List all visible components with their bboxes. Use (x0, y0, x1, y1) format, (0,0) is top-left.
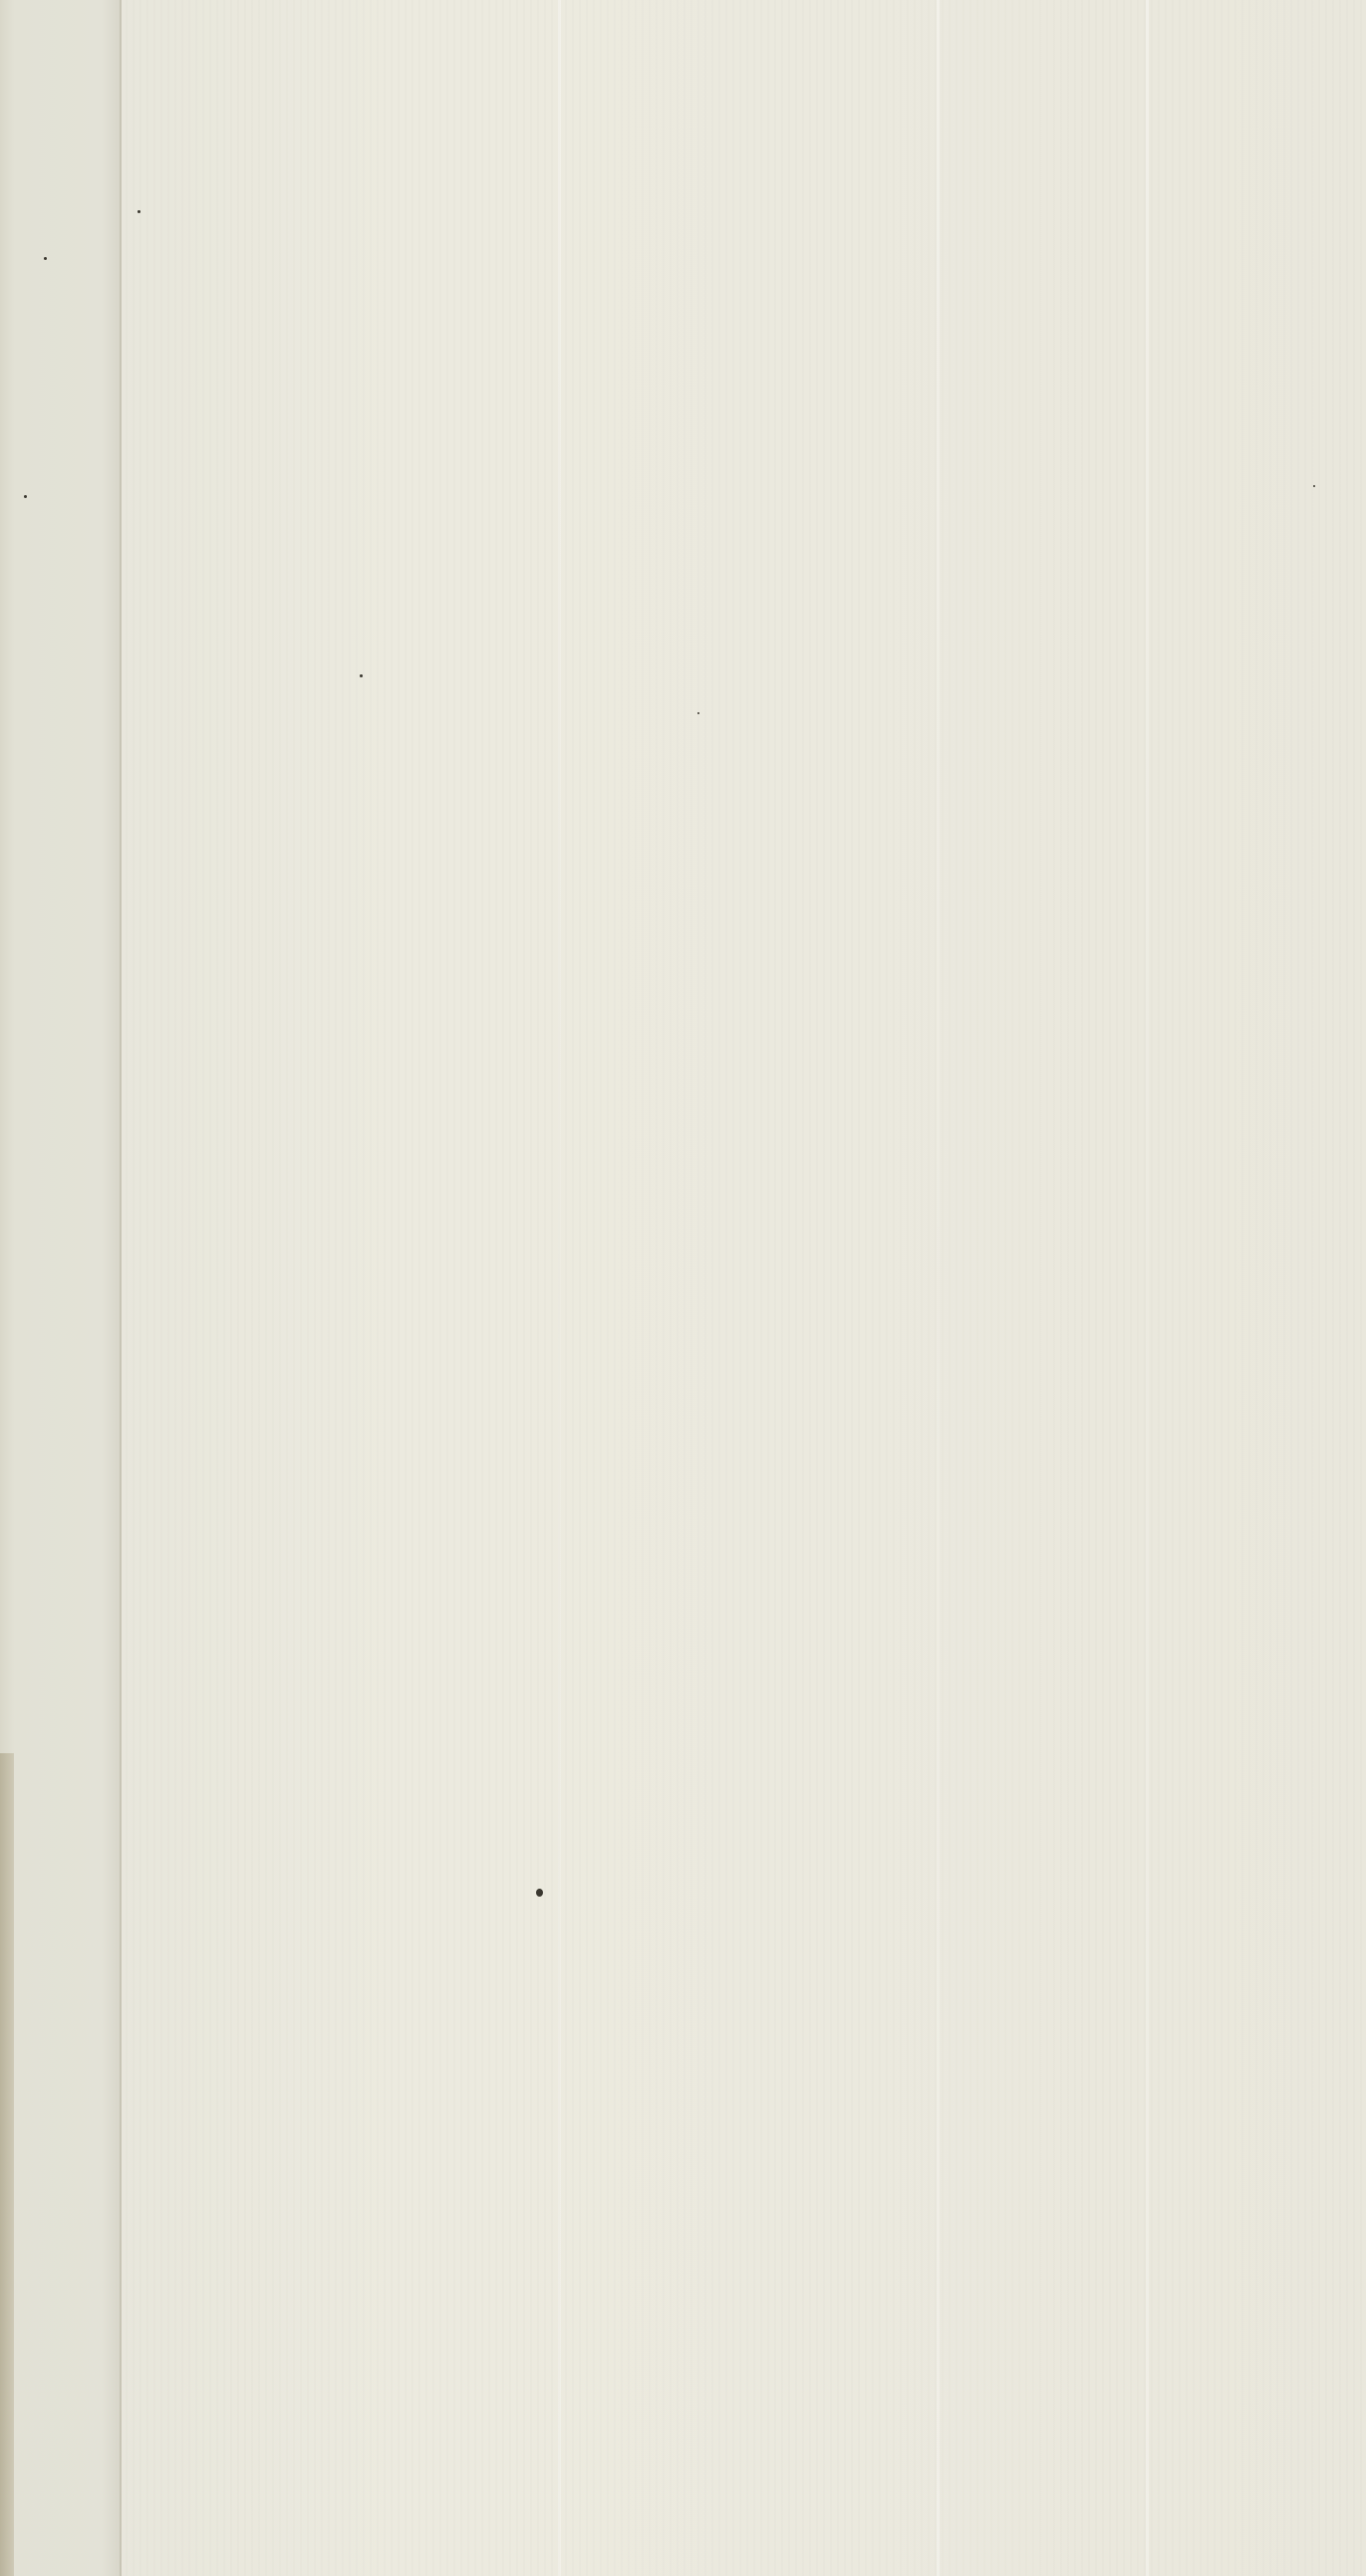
ink-speck (360, 674, 363, 677)
ink-speck (1313, 485, 1315, 487)
binding-strip (0, 0, 122, 2576)
ink-speck (44, 257, 47, 260)
paper-crease (558, 0, 561, 2576)
ink-speck (24, 495, 27, 498)
blank-paper-page (0, 0, 1366, 2576)
ink-speck (536, 1889, 543, 1897)
ink-speck (137, 210, 140, 213)
paper-crease (1146, 0, 1149, 2576)
binding-edge (0, 1753, 14, 2576)
paper-crease (937, 0, 940, 2576)
ink-speck (697, 712, 699, 714)
